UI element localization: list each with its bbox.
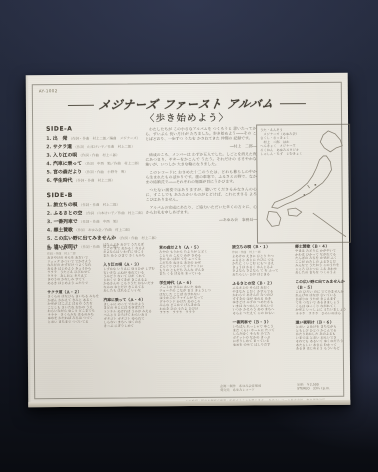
track-number: 6. <box>47 177 52 183</box>
lyric-line: また くる はるを まっている <box>159 272 213 276</box>
track-number: 2. <box>47 210 52 216</box>
track-title: サクラ道 <box>53 144 72 150</box>
lyric-line: あしたも はれると いいな <box>103 289 157 293</box>
track-credit: （作詞・作曲 小野寺 明） <box>83 170 127 174</box>
side-b-header: SIDE-B <box>47 191 153 199</box>
lyric-song-title: 学生時代（Ａ・６） <box>159 279 213 285</box>
lyric-song-title: ふるさとの空（Ｂ・２） <box>232 280 286 286</box>
lyric-block: はなふぶき あびて うたえばこころ まで あかるく なるよさよならは いわずに … <box>103 243 157 258</box>
lyric-song-title: 郷土賛歌（Ｂ・４） <box>295 243 349 249</box>
lyric-line: また あう ひまで さくらみち <box>103 254 157 258</box>
liner-notes: わたしたちが この小さなアルバムを つくろうと 思いたってから、ずいぶん 長い月… <box>145 126 257 226</box>
lyric-lines: きしゃに のって でかけようまどの そとには むぎばたけトンネル ぬければ うみ… <box>103 302 157 328</box>
track-credit: （作詞 あゆみ会／作曲 村上二郎） <box>74 228 132 232</box>
liner-signature: ―村上 二郎― <box>145 144 256 150</box>
side-a-tracks: 1. 出 発 （作詞・作曲 村上二郎／編曲 メジナーズ） 2. サクラ道 （作詞… <box>46 134 152 185</box>
lyric-lines: みやの もりから たよりが とどくことりの こえで めが さめるきの はっぱが … <box>159 250 213 276</box>
track-number: 3. <box>46 152 51 158</box>
track-number: 5. <box>46 169 51 175</box>
side-a-header: SIDE-A <box>46 124 152 132</box>
lyrics-column-5: 郷土賛歌（Ｂ・４） やまは みどりに かがやいてかわは ひかって ながれてるたん… <box>295 243 350 355</box>
map-credit-line: しゃしん・ちず じむきょく <box>260 152 323 156</box>
lyric-lines: とおい よあけを まちながらともしび ひとつ かこんでるかたりあかした あのよる… <box>296 325 350 351</box>
lyric-line: とおい まちまで つづいてる <box>48 320 102 324</box>
track-credit: （作詞 中西 勉／作曲 村上二郎） <box>83 162 141 166</box>
track-credit: （作詞・作曲 村上二郎／編曲 メジナーズ） <box>69 136 140 141</box>
track-number: 1. <box>47 202 52 208</box>
liner-paragraph: アルバムの完成にあたり、ご協力いただいた多くの方々に、心からお礼を申しあげます。 <box>146 205 257 215</box>
lyric-song-title: 出 発（Ａ・１） <box>47 245 101 251</box>
track-title: 一番列車で <box>54 218 78 224</box>
lyric-lines: さくらの はなびら まいちる みちをかばん かかえて きみと あるくかぜが はこ… <box>47 295 101 324</box>
lyric-block: サクラ道（Ａ・２） さくらの はなびら まいちる みちをかばん かかえて きみと… <box>47 288 101 324</box>
lyric-song-title: この広い野に出てみませんか（Ｂ・５） <box>295 278 349 290</box>
lyric-block: 遠い夜明け（Ｂ・６） とおい よあけを まちながらともしび ひとつ かこんでるか… <box>296 319 350 351</box>
track-credit: （作詞・作曲 中西 勉） <box>79 220 120 224</box>
track-credit: （作詞 山本けい子／作曲 村上二郎） <box>73 145 134 149</box>
title-rule-right <box>279 103 305 104</box>
footer-legal-line: この歌詞・写真を無断で複製・転載することを禁じます。 あゆみレコード株式会社 東… <box>185 398 325 403</box>
lyrics-column-2: はなふぶき あびて うたえばこころ まで あかるく なるよさよならは いわずに … <box>103 242 158 331</box>
lyric-lines: やまは みどりに かがやいてかわは ひかって ながれてるたんぼの みちを かぜが… <box>295 249 349 275</box>
liner-paragraph: 結成のころ、メンバーは わずか五人でした。しごとを終えた夜にあつまり、ギターをか… <box>145 152 256 167</box>
lyric-lines: しずかな いりえに ゆうひが しずむちいさな ふねが ゆれているうみどり ないて… <box>103 267 157 293</box>
japan-map-box: うた・えんそう メジナーズ（あゆみ会）さくし・さっきょく 村上 二郎 ほかへんき… <box>256 124 351 244</box>
footer-line: 発売元 あゆみレコード <box>220 388 261 392</box>
track-credit: （作詞 山本けい子／作曲 村上二郎） <box>84 211 145 215</box>
lyric-song-title: 汽車に乗って（Ａ・４） <box>103 296 157 302</box>
lyric-song-title: 遠い夜明け（Ｂ・６） <box>296 319 350 325</box>
lyric-song-title: 旅立ちの唄（Ｂ・１） <box>232 243 286 249</box>
lyric-block: 郷土賛歌（Ｂ・４） やまは みどりに かがやいてかわは ひかって ながれてるたん… <box>295 243 349 275</box>
track-credit: （作詞・作曲 村上二郎） <box>79 203 120 207</box>
track-title: 宮の森だより <box>53 169 82 175</box>
photo-background: AY-1002 メジナーズ ファースト アルバム 〈歩き始めよう〉 SIDE-A… <box>0 0 378 472</box>
lyric-block: 一番列車で（Ｂ・３） いちばん れっしゃで ゆこうまだ くらい ホームに たって… <box>233 318 287 347</box>
lyric-lines: あさやけの そらを あおいでリュック かついで でかけようなみだの かずだけ つ… <box>47 256 101 285</box>
lyrics-column-3: 宮の森だより（Ａ・５） みやの もりから たよりが とどくことりの こえで めが… <box>159 244 214 318</box>
lyric-lines: いちばん れっしゃで ゆこうまだ くらい ホームに たってしらみゆく そらを み… <box>233 325 287 347</box>
lyric-block: この広い野に出てみませんか（Ｂ・５） この ひろい のに でてみませんかれんげの… <box>295 278 349 316</box>
liner-signature: ―あゆみ会 事務局― <box>146 218 257 224</box>
lyric-line: ラララ ラララ ラララ <box>160 311 214 315</box>
lyric-lines: この ひろい のに でてみませんかれんげの はなが さいているひばりの うたが … <box>295 290 349 316</box>
map-credits: うた・えんそう メジナーズ（あゆみ会）さくし・さっきょく 村上 二郎 ほかへんき… <box>260 128 323 156</box>
lyric-block: 入り江の唄（Ａ・３） しずかな いりえに ゆうひが しずむちいさな ふねが ゆれ… <box>103 261 157 293</box>
lyric-block: 学生時代（Ａ・６） ノートの すみに かいた ゆめチョークの こなが まう きょ… <box>159 279 213 315</box>
lyric-line: あるき はじめよう ふたりで <box>47 281 101 285</box>
lyric-line: そらよ つたえて この おもい <box>233 311 287 315</box>
track-number: 4. <box>46 161 51 167</box>
track-credit: （作詞・作曲 村上二郎） <box>79 153 120 157</box>
footer-credits-right: 定価 ￥2,500STEREO 33⅓ r.p.m. <box>297 383 330 391</box>
lyric-lines: ふるさとの そらは あおくやまなみ とおく かすんでるかわらで あそんだ なつの… <box>232 286 286 315</box>
liner-paragraph: つたない演奏ではありますが、聴いてくださるみなさんの心に、すこしでも あたたかい… <box>146 187 257 202</box>
lyric-song-title: 一番列車で（Ｂ・３） <box>233 318 287 324</box>
lyric-lines: ノートの すみに かいた ゆめチョークの こなが まう きょうしつはなした こと… <box>159 285 213 314</box>
lyric-line: あしたの まちを つくろうよ <box>295 271 349 275</box>
album-sleeve-back: AY-1002 メジナーズ ファースト アルバム 〈歩き始めよう〉 SIDE-A… <box>26 73 351 408</box>
lyric-block: 旅立ちの唄（Ｂ・１） 作詞・作曲 村上二郎 よあけの えきに ひとり たつふるさ… <box>232 243 286 276</box>
lyric-line: きっぷ にぎりしめて <box>104 324 158 328</box>
title-rule-left <box>68 104 94 105</box>
track-number: 2. <box>46 144 51 150</box>
track-credit: （作詞・作曲 村上二郎） <box>74 179 115 183</box>
track-number: 3. <box>47 219 52 225</box>
footer-credits-left: 企画・制作 あゆみ会音楽部発売元 あゆみレコード <box>220 384 261 392</box>
printed-border: AY-1002 メジナーズ ファースト アルバム 〈歩き始めよう〉 SIDE-A… <box>32 82 344 399</box>
lyric-line: あたらしい ひが はじまる <box>232 273 286 277</box>
lyric-line: あるき はじめよう もういちど <box>296 347 350 351</box>
track-title: 旅立ちの唄 <box>53 202 77 208</box>
lyric-line: ゆめを のせて はしりだす <box>233 343 287 347</box>
track-title: 入り江の唄 <box>53 152 77 158</box>
track-title: 学生時代 <box>53 177 72 183</box>
lyric-lines: はなふぶき あびて うたえばこころ まで あかるく なるよさよならは いわずに … <box>103 243 157 258</box>
lyric-lines: よあけの えきに ひとり たつふるさと あとに たびに でるかたに くいこむ に… <box>232 255 286 277</box>
album-subtitle: 〈歩き始めよう〉 <box>33 109 341 125</box>
track-number: 4. <box>47 227 52 233</box>
lyric-block: 汽車に乗って（Ａ・４） きしゃに のって でかけようまどの そとには むぎばたけ… <box>103 296 157 328</box>
track-title: 汽車に乗って <box>53 160 82 166</box>
footer-line: STEREO 33⅓ r.p.m. <box>297 387 330 391</box>
liner-paragraph: わたしたちが この小さなアルバムを つくろうと 思いたってから、ずいぶん 長い月… <box>145 126 256 141</box>
track-title: ふるさとの空 <box>53 210 82 216</box>
track-credit: （作詞・作曲 村上二郎） <box>118 236 159 240</box>
catalog-number: AY-1002 <box>39 89 58 94</box>
track-title: この広い野に出てみませんか <box>54 235 116 241</box>
track-title: 出 発 <box>53 135 67 141</box>
lyrics-column-4: 旅立ちの唄（Ｂ・１） 作詞・作曲 村上二郎 よあけの えきに ひとり たつふるさ… <box>232 243 287 350</box>
lyric-block: 宮の森だより（Ａ・５） みやの もりから たよりが とどくことりの こえで めが… <box>159 244 213 276</box>
track-number: 1. <box>46 135 51 141</box>
lyric-block: ふるさとの空（Ｂ・２） ふるさとの そらは あおくやまなみ とおく かすんでるか… <box>232 280 286 316</box>
lyric-line: ラララ ラララ ひろいのはら <box>296 312 350 316</box>
lyrics-column-1: 出 発（Ａ・１） 作詞・作曲 村上二郎 あさやけの そらを あおいでリュック か… <box>47 245 102 328</box>
lyric-block: 出 発（Ａ・１） 作詞・作曲 村上二郎 あさやけの そらを あおいでリュック か… <box>47 245 101 286</box>
track-title: 郷土賛歌 <box>54 227 73 233</box>
liner-paragraph: このレコードに おさめた十二のうたは、どれも暮らしの中から生まれたものばかりです… <box>145 170 256 185</box>
track-list: SIDE-A 1. 出 発 （作詞・作曲 村上二郎／編曲 メジナーズ） 2. サ… <box>46 124 153 251</box>
track-number: 5. <box>47 235 52 241</box>
